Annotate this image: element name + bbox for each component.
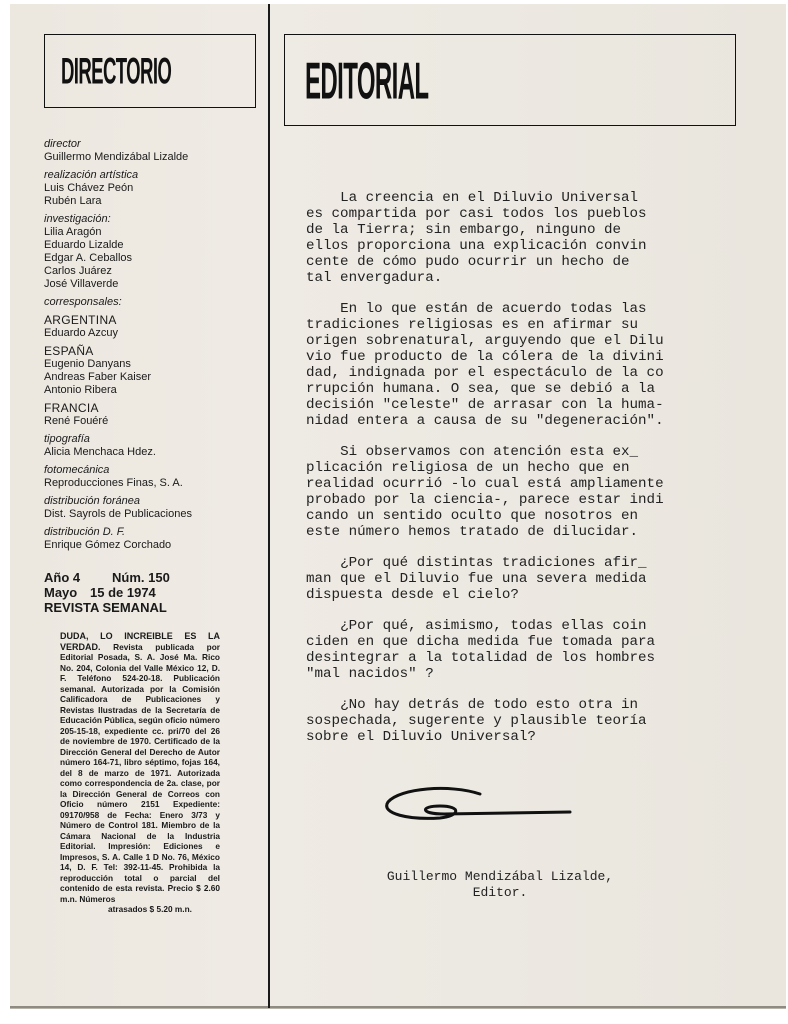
role-label: distribución D. F. — [44, 526, 256, 539]
country-label: ESPAÑA — [44, 344, 256, 358]
country-label: ARGENTINA — [44, 313, 256, 327]
role-label: tipografía — [44, 433, 256, 446]
editorial-paragraph: La creencia en el Diluvio Universal es c… — [306, 190, 716, 286]
staff-name: Lilia Aragón — [44, 226, 256, 239]
editorial-column: EDITORIAL La creencia en el Diluvio Univ… — [284, 34, 736, 901]
staff-name: José Villaverde — [44, 278, 256, 291]
staff-list: director Guillermo Mendizábal Lizalde re… — [44, 138, 256, 615]
staff-name: Enrique Gómez Corchado — [44, 539, 256, 552]
issue-number: Núm. 150 — [112, 570, 170, 585]
staff-name: Carlos Juárez — [44, 265, 256, 278]
staff-group-photomechanics: fotomecánica Reproducciones Finas, S. A. — [44, 464, 256, 490]
role-label: realización artística — [44, 169, 256, 182]
publication-fine-print: DUDA, LO INCREIBLE ES LA VERDAD. Revista… — [60, 631, 220, 915]
editorial-body: La creencia en el Diluvio Universal es c… — [306, 190, 716, 745]
role-label: corresponsales: — [44, 296, 256, 309]
staff-group-director: director Guillermo Mendizábal Lizalde — [44, 138, 256, 164]
editorial-paragraph: Si observamos con atención esta ex_ plic… — [306, 444, 716, 540]
role-label: director — [44, 138, 256, 151]
editorial-paragraph: En lo que están de acuerdo todas las tra… — [306, 301, 716, 429]
staff-group-correspondents: corresponsales: ARGENTINA Eduardo Azcuy … — [44, 296, 256, 428]
editorial-paragraph: ¿Por qué, asimismo, todas ellas coin cid… — [306, 618, 716, 682]
issue-date-row: Mayo 15 de 1974 — [44, 585, 256, 600]
staff-name: Luis Chávez Peón — [44, 182, 256, 195]
role-label: fotomecánica — [44, 464, 256, 477]
role-label: investigación: — [44, 213, 256, 226]
issue-month: Mayo — [44, 585, 90, 600]
staff-name: Dist. Sayrols de Publicaciones — [44, 508, 256, 521]
staff-name: Rubén Lara — [44, 195, 256, 208]
staff-group-research: investigación: Lilia Aragón Eduardo Liza… — [44, 213, 256, 291]
issue-frequency: REVISTA SEMANAL — [44, 600, 256, 615]
staff-name: Edgar A. Ceballos — [44, 252, 256, 265]
staff-group-typography: tipografía Alicia Menchaca Hdez. — [44, 433, 256, 459]
directory-header-box: DIRECTORIO — [44, 34, 256, 108]
staff-group-foreign-distribution: distribución foránea Dist. Sayrols de Pu… — [44, 495, 256, 521]
signature-icon — [380, 786, 580, 826]
issue-year: Año 4 — [44, 570, 112, 585]
staff-name: Antonio Ribera — [44, 384, 256, 397]
staff-name: Reproducciones Finas, S. A. — [44, 477, 256, 490]
column-divider — [268, 4, 270, 1008]
editorial-header-box: EDITORIAL — [284, 34, 736, 126]
editorial-paragraph: ¿No hay detrás de todo esto otra in sosp… — [306, 697, 716, 745]
editor-signature-block: Guillermo Mendizábal Lizalde, Editor. — [320, 869, 680, 901]
fine-print-tail: atrasados $ 5.20 m.n. — [60, 904, 220, 915]
staff-name: René Fouéré — [44, 415, 256, 428]
country-label: FRANCIA — [44, 401, 256, 415]
fine-print-body: Revista publicada por Editorial Posada, … — [60, 642, 220, 904]
staff-name: Guillermo Mendizábal Lizalde — [44, 151, 256, 164]
editorial-title: EDITORIAL — [305, 53, 428, 112]
staff-name: Eduardo Lizalde — [44, 239, 256, 252]
staff-name: Eduardo Azcuy — [44, 327, 256, 340]
staff-group-df-distribution: distribución D. F. Enrique Gómez Corchad… — [44, 526, 256, 552]
editor-name: Guillermo Mendizábal Lizalde, — [320, 869, 680, 885]
editorial-paragraph: ¿Por qué distintas tradiciones afir_ man… — [306, 555, 716, 603]
staff-group-art: realización artística Luis Chávez Peón R… — [44, 169, 256, 208]
issue-info: Año 4 Núm. 150 Mayo 15 de 1974 REVISTA S… — [44, 570, 256, 615]
staff-name: Andreas Faber Kaiser — [44, 371, 256, 384]
staff-name: Alicia Menchaca Hdez. — [44, 446, 256, 459]
role-label: distribución foránea — [44, 495, 256, 508]
editor-role: Editor. — [320, 885, 680, 901]
directory-title: DIRECTORIO — [61, 51, 171, 94]
issue-date: 15 de 1974 — [90, 585, 156, 600]
staff-name: Eugenio Danyans — [44, 358, 256, 371]
issue-number-row: Año 4 Núm. 150 — [44, 570, 256, 585]
directory-column: DIRECTORIO director Guillermo Mendizábal… — [44, 34, 256, 915]
